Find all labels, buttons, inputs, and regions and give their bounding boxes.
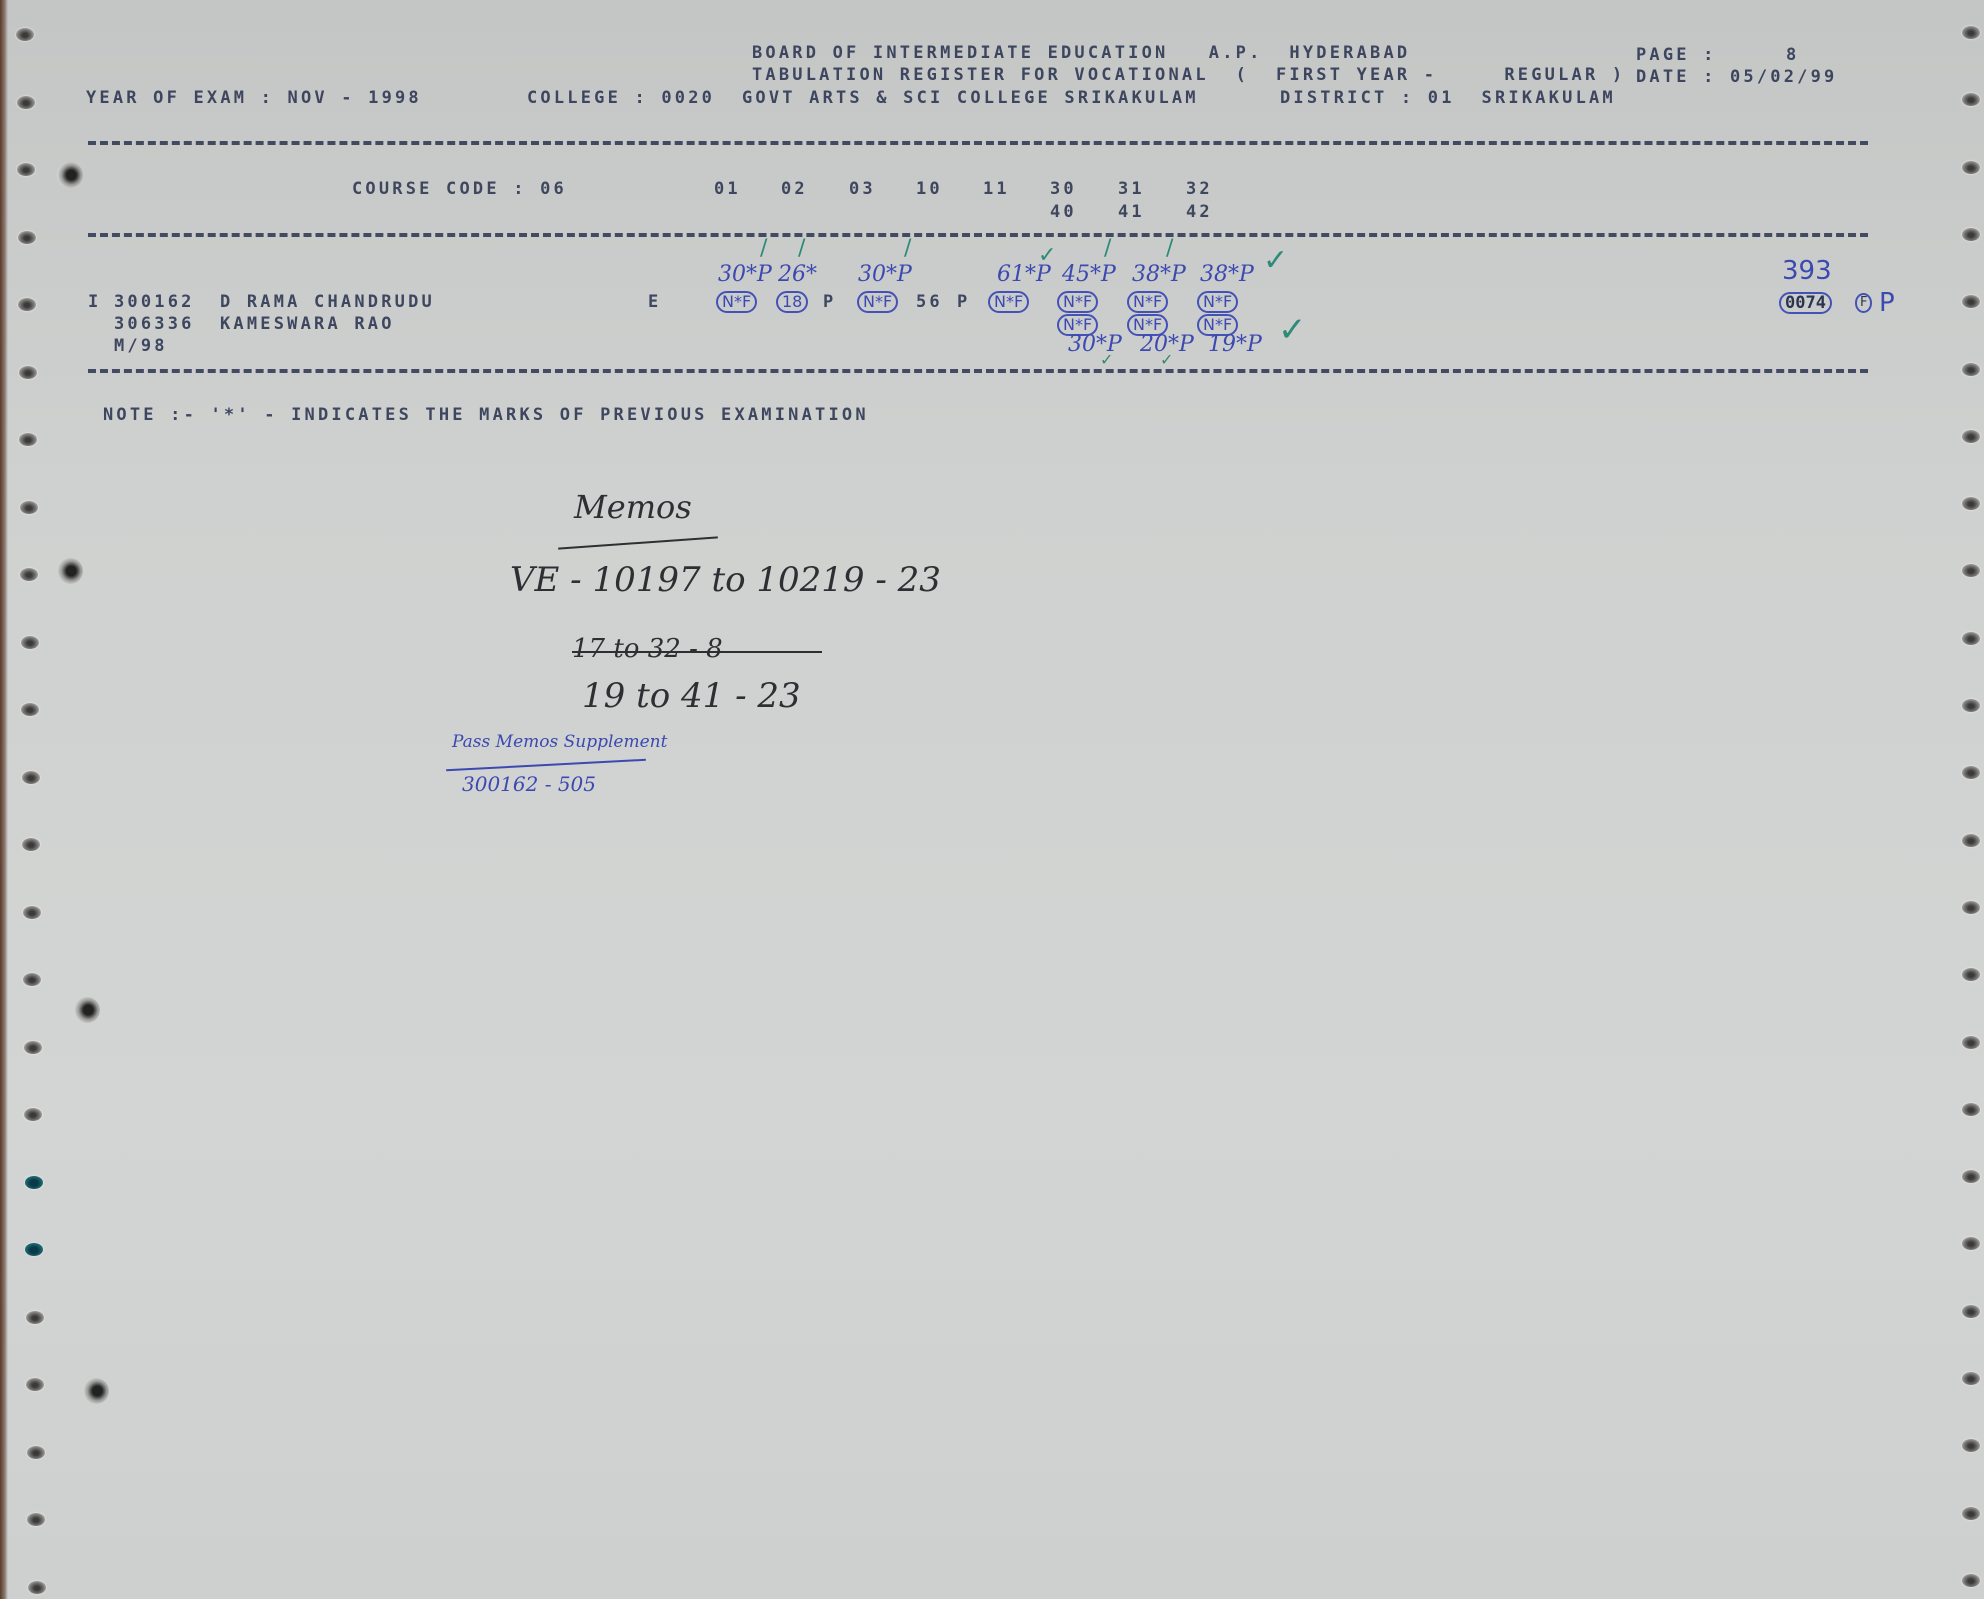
subject-code: 41 bbox=[1118, 202, 1145, 222]
sprocket-hole bbox=[1962, 834, 1980, 847]
sprocket-hole bbox=[1962, 1036, 1980, 1049]
subject-code: 42 bbox=[1186, 202, 1213, 222]
sprocket-hole bbox=[26, 1378, 44, 1391]
mark-03: N*F bbox=[857, 291, 898, 313]
handwritten-mark: 30*P bbox=[718, 262, 772, 287]
mark-01: N*F bbox=[716, 291, 757, 313]
tabulation-register-sheet: BOARD OF INTERMEDIATE EDUCATION A.P. HYD… bbox=[0, 0, 1984, 1599]
check-icon: ✓ bbox=[1160, 352, 1173, 368]
printed-total: 0074 bbox=[1779, 292, 1832, 314]
sprocket-hole bbox=[1962, 1439, 1980, 1452]
sprocket-hole bbox=[27, 1446, 45, 1459]
sprocket-hole bbox=[26, 1311, 44, 1324]
sprocket-hole bbox=[25, 1243, 43, 1256]
sprocket-hole bbox=[28, 1581, 46, 1594]
sprocket-hole bbox=[1962, 632, 1980, 645]
subject-code: 31 bbox=[1118, 179, 1145, 199]
handwritten-mark: 30*P bbox=[858, 262, 912, 287]
sprocket-hole bbox=[1962, 1507, 1980, 1520]
sprocket-hole bbox=[19, 366, 37, 379]
sprocket-hole bbox=[1962, 228, 1980, 241]
check-icon: / bbox=[760, 238, 767, 260]
handwritten-total: 393 bbox=[1782, 256, 1832, 286]
mark-30: N*F bbox=[1057, 291, 1098, 313]
memos-line-1: VE - 10197 to 10219 - 23 bbox=[510, 560, 941, 600]
sprocket-hole bbox=[17, 163, 35, 176]
supplement-title: Pass Memos Supplement bbox=[452, 732, 667, 752]
sprocket-hole bbox=[1962, 699, 1980, 712]
sprocket-hole bbox=[1962, 564, 1980, 577]
board-title: BOARD OF INTERMEDIATE EDUCATION A.P. HYD… bbox=[752, 43, 1410, 63]
handwritten-mark: 30*P bbox=[1068, 332, 1122, 357]
date-label: DATE : bbox=[1636, 67, 1717, 87]
mark-31: N*F bbox=[1127, 291, 1168, 313]
subject-code: 01 bbox=[714, 179, 741, 199]
sprocket-hole bbox=[21, 636, 39, 649]
subject-code: 03 bbox=[849, 179, 876, 199]
result-02: P bbox=[823, 292, 836, 312]
check-icon: / bbox=[1104, 238, 1111, 260]
page-label: PAGE : bbox=[1636, 45, 1717, 65]
note: NOTE :- '*' - INDICATES THE MARKS OF PRE… bbox=[103, 405, 869, 425]
divider bbox=[88, 141, 1868, 145]
check-icon: ✓ bbox=[1038, 245, 1056, 267]
sprocket-hole bbox=[1962, 26, 1980, 39]
divider bbox=[88, 233, 1868, 237]
sprocket-hole bbox=[1962, 363, 1980, 376]
handwritten-mark: 19*P bbox=[1208, 332, 1262, 357]
handwritten-result: P bbox=[1879, 288, 1895, 318]
sprocket-hole bbox=[20, 501, 38, 514]
subject-code: 02 bbox=[781, 179, 808, 199]
sprocket-hole bbox=[18, 231, 36, 244]
mark-11: N*F bbox=[988, 291, 1029, 313]
handwritten-mark: 45*P bbox=[1062, 262, 1116, 287]
memos-underline bbox=[558, 536, 718, 549]
sprocket-hole bbox=[1962, 1170, 1980, 1183]
sprocket-hole bbox=[19, 433, 37, 446]
sprocket-hole bbox=[21, 703, 39, 716]
handwritten-mark: 26* bbox=[778, 262, 817, 287]
sprocket-hole bbox=[1962, 901, 1980, 914]
supplement-underline bbox=[446, 759, 646, 771]
student-name: D RAMA CHANDRUDU bbox=[220, 292, 435, 312]
check-icon: ✓ bbox=[1263, 246, 1288, 276]
subject-code: 30 bbox=[1050, 179, 1077, 199]
subject-code: 11 bbox=[983, 179, 1010, 199]
district-info: DISTRICT : 01 SRIKAKULAM bbox=[1280, 88, 1616, 108]
memos-title: Memos bbox=[574, 488, 692, 526]
register-title: TABULATION REGISTER FOR VOCATIONAL ( FIR… bbox=[752, 65, 1625, 85]
check-icon: ✓ bbox=[1278, 313, 1307, 347]
mark-32: N*F bbox=[1197, 291, 1238, 313]
divider bbox=[88, 369, 1868, 373]
handwritten-mark: 38*P bbox=[1132, 262, 1186, 287]
sprocket-hole bbox=[1962, 295, 1980, 308]
sprocket-hole bbox=[16, 28, 34, 41]
binder-hole bbox=[83, 1378, 109, 1404]
sprocket-hole bbox=[1962, 968, 1980, 981]
print-date: 05/02/99 bbox=[1730, 67, 1837, 87]
check-icon: / bbox=[1166, 238, 1173, 260]
sprocket-hole bbox=[24, 1108, 42, 1121]
sprocket-hole bbox=[25, 1176, 43, 1189]
memos-line-2: 19 to 41 - 23 bbox=[582, 676, 801, 716]
binder-hole bbox=[57, 558, 83, 584]
hall-ticket-number: 300162 bbox=[114, 292, 195, 312]
course-code: COURSE CODE : 06 bbox=[352, 179, 567, 199]
subject-code: 32 bbox=[1186, 179, 1213, 199]
sprocket-hole bbox=[1962, 766, 1980, 779]
sprocket-hole bbox=[17, 96, 35, 109]
year-of-exam: YEAR OF EXAM : NOV - 1998 bbox=[86, 88, 422, 108]
binder-hole bbox=[57, 162, 83, 188]
sprocket-hole bbox=[18, 298, 36, 311]
handwritten-mark: 38*P bbox=[1200, 262, 1254, 287]
memos-struck-line: 17 to 32 - 8 bbox=[572, 634, 723, 664]
sprocket-hole bbox=[23, 973, 41, 986]
college-info: COLLEGE : 0020 GOVT ARTS & SCI COLLEGE S… bbox=[527, 88, 1199, 108]
strike-through bbox=[572, 651, 822, 653]
sprocket-hole bbox=[1962, 1574, 1980, 1587]
sprocket-hole bbox=[1962, 1305, 1980, 1318]
subject-code: 40 bbox=[1050, 202, 1077, 222]
mark-10: 56 bbox=[916, 292, 943, 312]
sprocket-hole bbox=[1962, 93, 1980, 106]
result-10: P bbox=[957, 292, 970, 312]
sprocket-hole bbox=[27, 1513, 45, 1526]
sprocket-hole bbox=[23, 906, 41, 919]
sprocket-hole bbox=[1962, 1372, 1980, 1385]
check-icon: / bbox=[904, 238, 911, 260]
sprocket-hole bbox=[22, 771, 40, 784]
father-name: KAMESWARA RAO bbox=[220, 314, 395, 334]
binder-hole bbox=[74, 997, 100, 1023]
sprocket-hole bbox=[1962, 1237, 1980, 1250]
sprocket-hole bbox=[22, 838, 40, 851]
sprocket-hole bbox=[24, 1041, 42, 1054]
sprocket-hole bbox=[20, 568, 38, 581]
page-number: 8 bbox=[1786, 45, 1799, 65]
sprocket-hole bbox=[1962, 497, 1980, 510]
check-icon: ✓ bbox=[1100, 352, 1113, 368]
sprocket-hole bbox=[1962, 161, 1980, 174]
grade-code: E bbox=[648, 292, 661, 312]
sprocket-hole bbox=[1962, 1103, 1980, 1116]
sprocket-hole bbox=[1962, 430, 1980, 443]
secondary-number: 306336 bbox=[114, 314, 195, 334]
supplement-value: 300162 - 505 bbox=[462, 772, 596, 796]
check-icon: / bbox=[798, 238, 805, 260]
subject-code: 10 bbox=[916, 179, 943, 199]
medium: I bbox=[88, 292, 101, 312]
mark-02: 18 bbox=[776, 291, 808, 313]
printed-result: F bbox=[1855, 293, 1872, 313]
month-year: M/98 bbox=[114, 336, 168, 356]
